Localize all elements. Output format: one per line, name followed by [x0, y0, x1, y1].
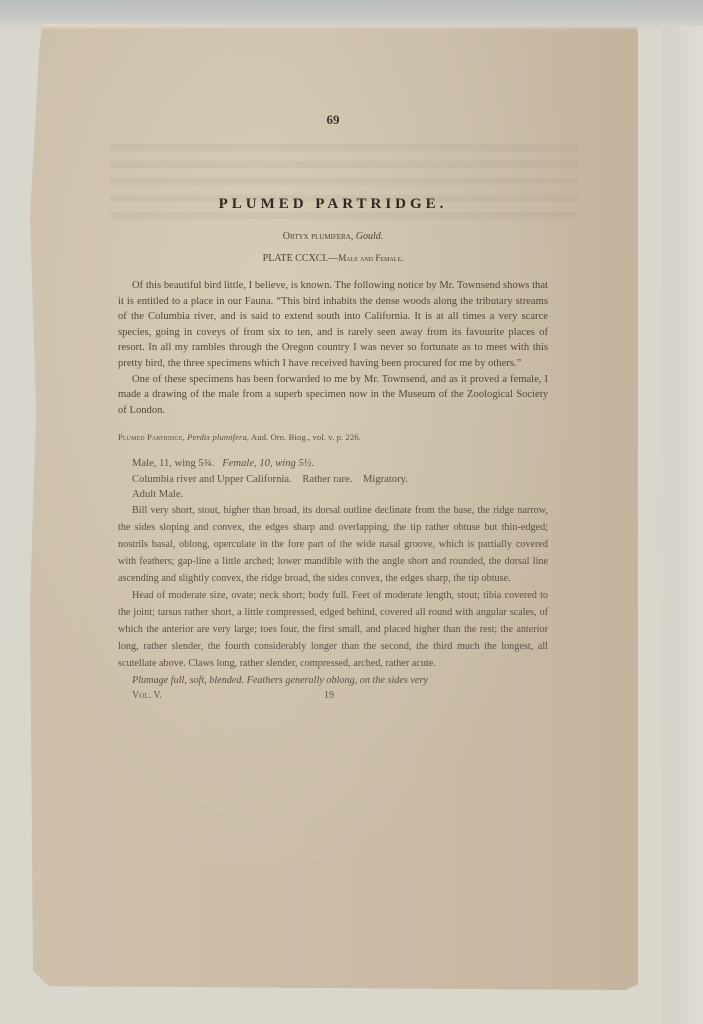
measurements-line: Male, 11, wing 5¾. Female, 10, wing 5½.: [118, 456, 548, 471]
page-title: PLUMED PARTRIDGE.: [118, 196, 548, 213]
latin-name: Ortyx plumifera, Gould.: [118, 231, 548, 242]
section-heading: Adult Male.: [118, 487, 548, 502]
backdrop-right: [663, 26, 703, 1024]
description-head-feet: Head of moderate size, ovate; neck short…: [118, 587, 548, 672]
plate-caption: PLATE CCXCI.—Male and Female.: [118, 253, 548, 264]
page-number: 69: [118, 112, 548, 128]
latin-name-text: Ortyx plumifera,: [283, 231, 354, 242]
latin-author: Gould.: [356, 231, 384, 242]
abundance-text: Rather rare.: [302, 474, 352, 485]
plate-label: PLATE CCXCI.—: [263, 253, 339, 264]
paragraph-specimen: One of these specimens has been forwarde…: [118, 372, 548, 419]
synonymy: Plumed Partridge, Perdix plumifera, Aud.…: [118, 432, 548, 442]
plate-sexes: Male and Female.: [338, 253, 403, 263]
paragraph-intro: Of this beautiful bird little, I believe…: [118, 278, 548, 372]
book-page: 69 PLUMED PARTRIDGE. Ortyx plumifera, Go…: [30, 24, 638, 990]
status-text: Migratory.: [363, 474, 408, 485]
range-text: Columbia river and Upper California.: [132, 474, 292, 485]
volume-label: Vol. V.: [132, 690, 162, 701]
synonym-latin: Perdix plumifera,: [187, 432, 249, 442]
description-bill: Bill very short, stout, higher than broa…: [118, 502, 548, 587]
synonym-common: Plumed Partridge,: [118, 432, 185, 442]
measure-male: Male, 11, wing 5¾.: [132, 458, 214, 469]
page-content: 69 PLUMED PARTRIDGE. Ortyx plumifera, Go…: [118, 112, 548, 704]
measure-female: Female, 10, wing 5½.: [222, 458, 314, 469]
signature-mark: 19: [324, 690, 334, 701]
description-plumage: Plumage full, soft, blended. Feathers ge…: [118, 672, 548, 689]
range-line: Columbia river and Upper California. Rat…: [118, 472, 548, 487]
page-footer: Vol. V. 19: [118, 690, 548, 704]
page-edge: [30, 24, 638, 30]
synonym-reference: Aud. Orn. Biog., vol. v. p. 226.: [251, 432, 361, 442]
